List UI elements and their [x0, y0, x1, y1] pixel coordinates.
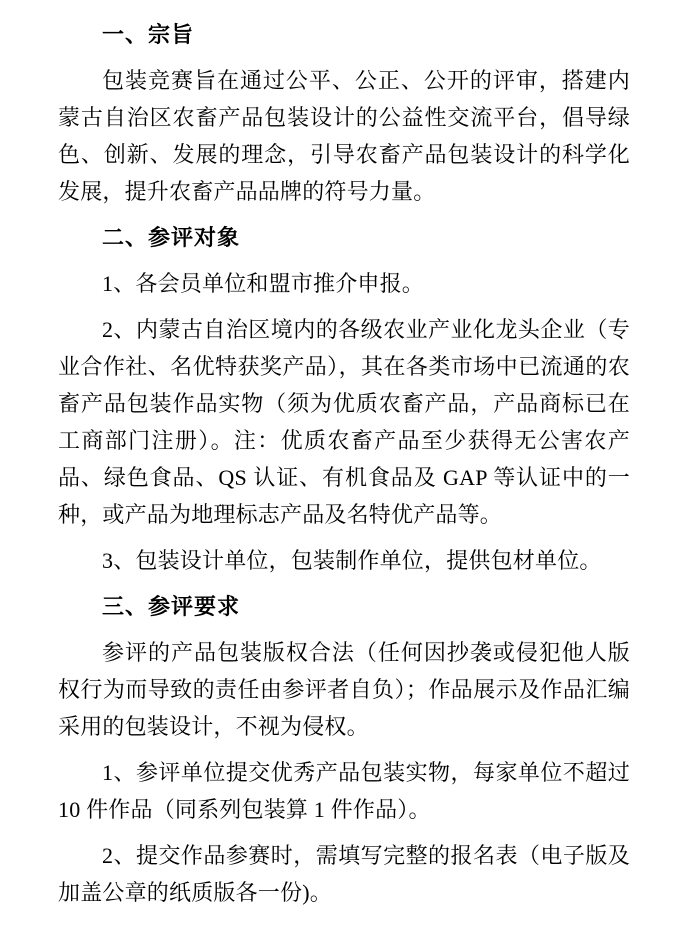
section-requirements-item-2: 2、提交作品参赛时，需填写完整的报名表（电子版及加盖公章的纸质版各一份)。: [58, 837, 630, 911]
section-participants-item-3: 3、包装设计单位，包装制作单位，提供包材单位。: [58, 542, 630, 579]
section-requirements-item-1: 1、参评单位提交优秀产品包装实物，每家单位不超过10 件作品（同系列包装算 1 …: [58, 754, 630, 828]
section-participants-item-2: 2、内蒙古自治区境内的各级农业产业化龙头企业（专业合作社、名优特获奖产品），其在…: [58, 311, 630, 533]
section-purpose: 一、宗旨 包装竞赛旨在通过公平、公正、公开的评审，搭建内蒙古自治区农畜产品包装设…: [58, 16, 630, 210]
section-participants-heading: 二、参评对象: [58, 219, 630, 256]
section-requirements-heading: 三、参评要求: [58, 588, 630, 625]
section-participants-item-1: 1、各会员单位和盟市推介申报。: [58, 265, 630, 302]
section-requirements-intro: 参评的产品包装版权合法（任何因抄袭或侵犯他人版权行为而导致的责任由参评者自负）；…: [58, 634, 630, 745]
section-purpose-heading: 一、宗旨: [58, 16, 630, 53]
section-purpose-paragraph-1: 包装竞赛旨在通过公平、公正、公开的评审，搭建内蒙古自治区农畜产品包装设计的公益性…: [58, 62, 630, 210]
section-participants: 二、参评对象 1、各会员单位和盟市推介申报。 2、内蒙古自治区境内的各级农业产业…: [58, 219, 630, 579]
document-page: 一、宗旨 包装竞赛旨在通过公平、公正、公开的评审，搭建内蒙古自治区农畜产品包装设…: [0, 0, 674, 945]
section-requirements: 三、参评要求 参评的产品包装版权合法（任何因抄袭或侵犯他人版权行为而导致的责任由…: [58, 588, 630, 911]
